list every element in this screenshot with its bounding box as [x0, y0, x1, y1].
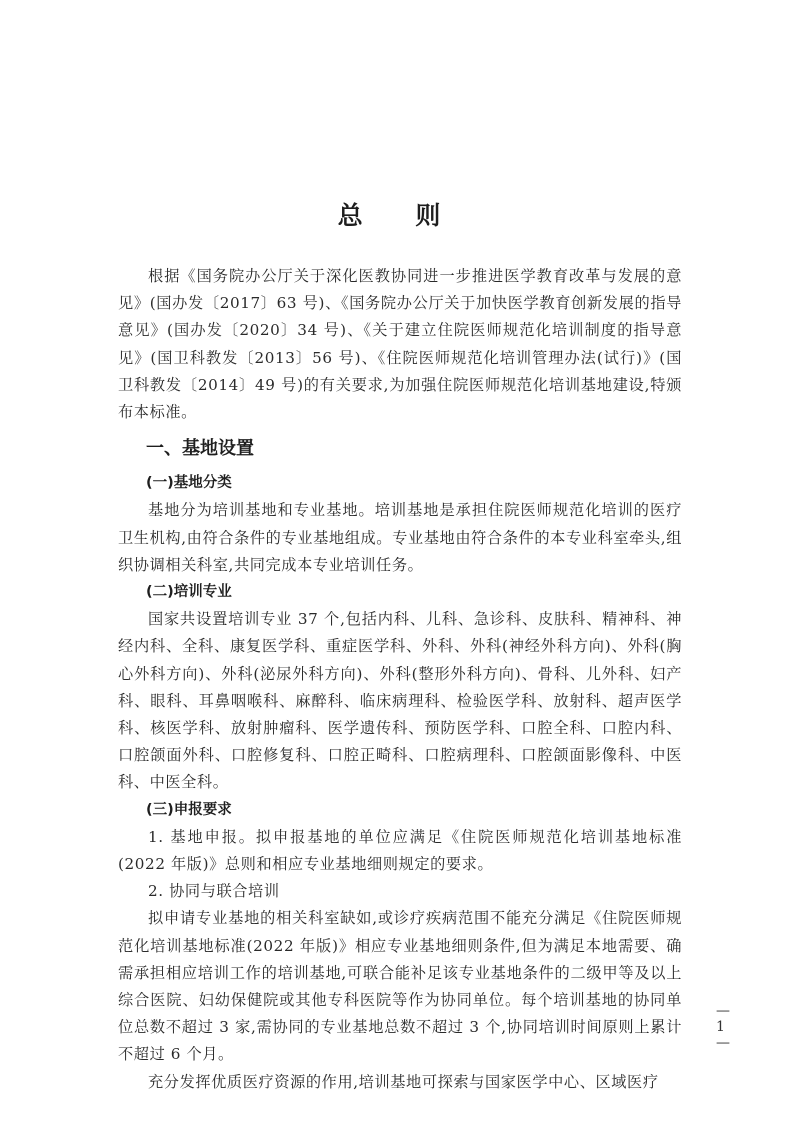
document-body: 根据《国务院办公厅关于深化医教协同进一步推进医学教育改革与发展的意见》(国办发〔…: [118, 263, 682, 1096]
training-specialties-paragraph: 国家共设置培训专业 37 个,包括内科、儿科、急诊科、皮肤科、精神科、神经内科、…: [118, 606, 682, 796]
application-item-2-heading: 2. 协同与联合培训: [118, 878, 682, 905]
subsection-heading-base-classification: (一)基地分类: [118, 470, 682, 497]
intro-paragraph: 根据《国务院办公厅关于深化医教协同进一步推进医学教育改革与发展的意见》(国办发〔…: [118, 263, 682, 426]
page-title: 总 则: [118, 196, 682, 232]
application-item-1: 1. 基地申报。拟申报基地的单位应满足《住院医师规范化培训基地标准(2022 年…: [118, 824, 682, 878]
base-classification-paragraph: 基地分为培训基地和专业基地。培训基地是承担住院医师规范化培训的医疗卫生机构,由符…: [118, 497, 682, 579]
resource-paragraph: 充分发挥优质医疗资源的作用,培训基地可探索与国家医学中心、区域医疗: [118, 1069, 682, 1096]
subsection-heading-application-requirements: (三)申报要求: [118, 797, 682, 824]
section-heading-base-setup: 一、基地设置: [118, 432, 682, 466]
collaboration-paragraph: 拟申请专业基地的相关科室缺如,或诊疗疾病范围不能充分满足《住院医师规范化培训基地…: [118, 905, 682, 1068]
subsection-heading-training-specialties: (二)培训专业: [118, 579, 682, 606]
page-number: — 1 —: [716, 1003, 734, 1051]
